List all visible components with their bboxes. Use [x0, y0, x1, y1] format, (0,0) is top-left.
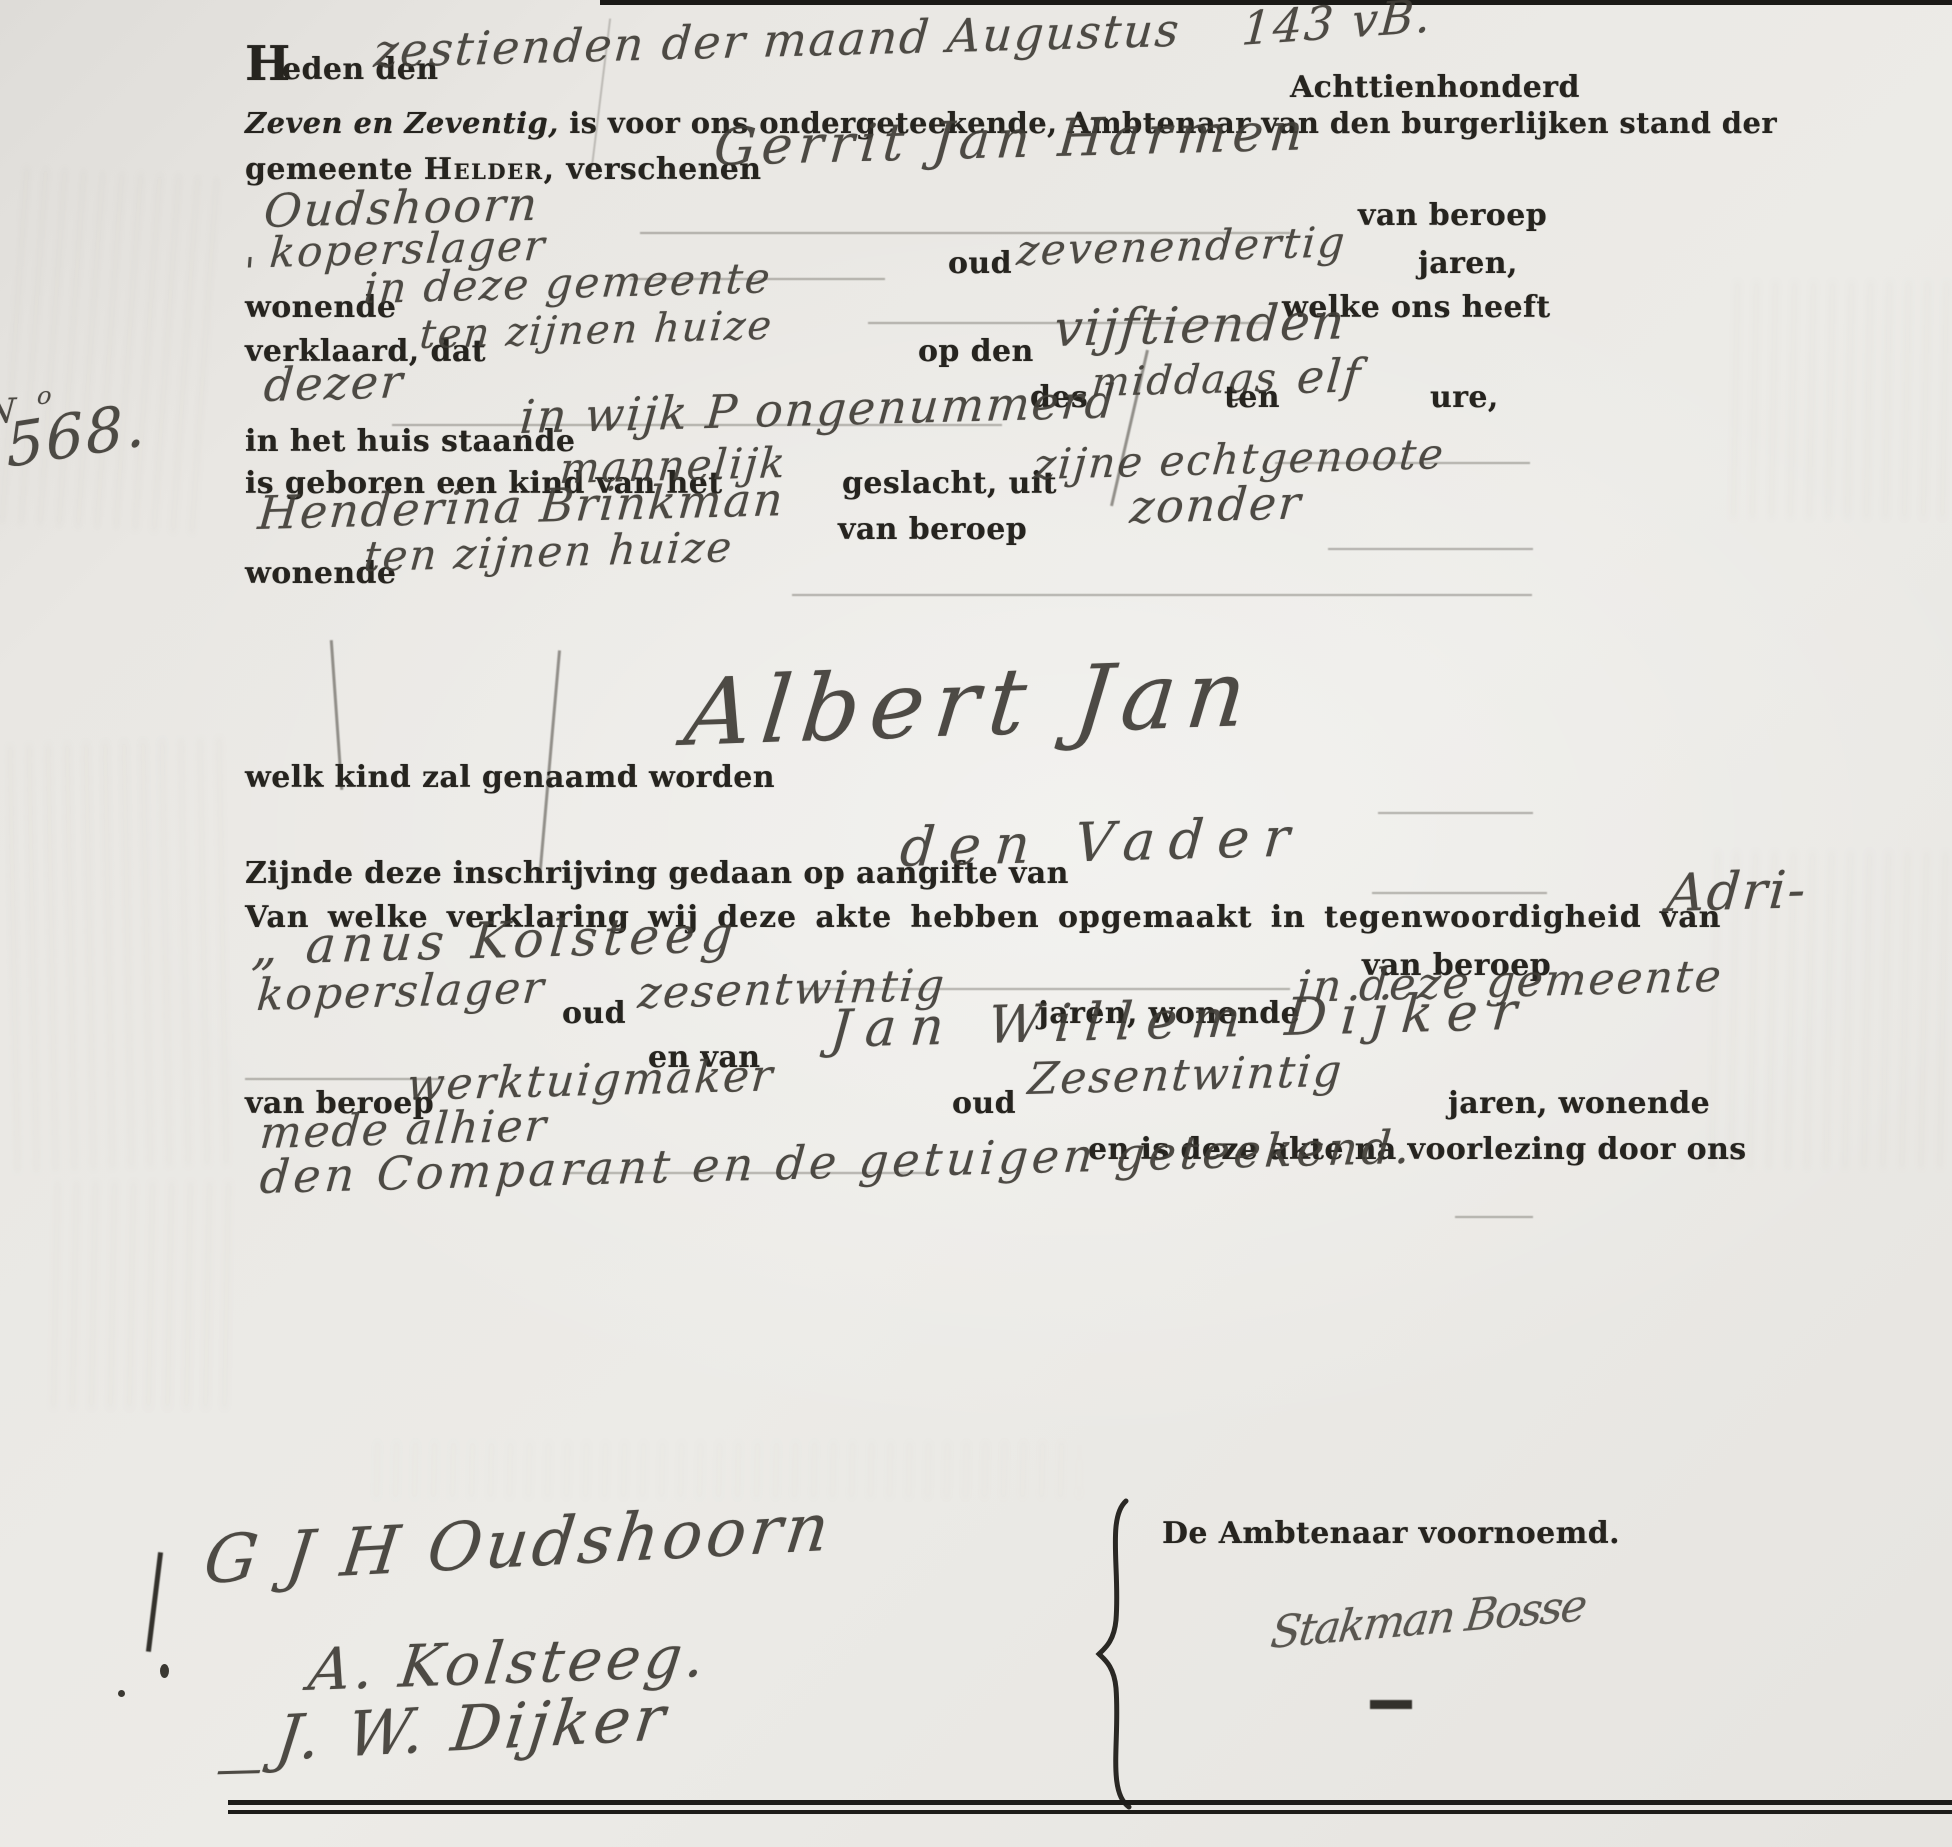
entry-birth-day: vijftienden: [1052, 292, 1348, 358]
printed-ure: ure,: [1430, 380, 1499, 415]
printed-oud-witness2: oud: [952, 1086, 1016, 1121]
entry-witness1-name-start: Adri-: [1665, 860, 1810, 924]
blank-rule: [1372, 892, 1547, 894]
bottom-double-rule: [228, 1800, 1952, 1814]
printed-achttienhonderd: Achttienhonderd: [1290, 70, 1580, 105]
printed-ten: ten: [1224, 380, 1280, 415]
signature-officer-underline: [1370, 1700, 1412, 1709]
blank-rule: [792, 594, 1532, 596]
printed-jaren: jaren,: [1418, 246, 1518, 281]
entry-house-address: in wijk P ongenummerd: [518, 374, 1119, 444]
officer-caption: De Ambtenaar voornoemd.: [1162, 1516, 1620, 1551]
bleedthrough-smudge: [40, 1180, 230, 1410]
entry-date-day-month: zestienden der maand Augustus: [372, 3, 1183, 78]
printed-oud-witness1: oud: [562, 996, 626, 1031]
entry-declarant-age: zevenendertig: [1015, 217, 1348, 275]
printed-oud: oud: [948, 246, 1012, 281]
signature-officer: Stakman Bosse: [1268, 1580, 1588, 1659]
signature-witness2-dash: —: [214, 1741, 266, 1796]
bleedthrough-smudge: [0, 736, 237, 1174]
stray-ink-dot: [160, 1664, 169, 1678]
brace: [1092, 1498, 1138, 1810]
folio-mark: 143 vB.: [1240, 0, 1434, 56]
birth-certificate-scan: 143 vB. N o 568. H eden den zestienden d…: [0, 0, 1952, 1847]
bleedthrough-smudge: [1720, 280, 1950, 520]
blank-rule: [1328, 548, 1533, 550]
printed-jaren-wonende-witness2: jaren, wonende: [1448, 1086, 1710, 1121]
entry-declarant-role: den Vader: [898, 805, 1306, 879]
printed-op-den: op den: [918, 334, 1034, 369]
stray-ink-stroke: [146, 1552, 163, 1652]
entry-mother-residence: ten zijnen huize: [362, 522, 735, 581]
blank-rule: [1378, 812, 1533, 814]
printed-van-beroep-mother: van beroep: [838, 512, 1027, 547]
entry-witness2-age: Zesentwintig: [1026, 1046, 1345, 1105]
stray-ink-dot: [118, 1690, 125, 1697]
blank-rule: [1455, 1216, 1533, 1218]
printed-van-beroep: van beroep: [1358, 198, 1547, 233]
stray-mark: ': [242, 250, 258, 294]
bleedthrough-smudge: [0, 165, 219, 535]
entry-witness1-occupation: koperslager: [255, 962, 547, 1021]
entry-dezer: dezer: [262, 354, 406, 412]
entry-birth-hour: elf: [1295, 348, 1364, 404]
entry-birth-place: ten zijnen huize: [418, 303, 775, 358]
signature-declarant: G J H Oudshoorn: [200, 1489, 837, 1599]
printed-zeven-en-zeventig: Zeven en Zeventig,: [245, 106, 559, 140]
bleedthrough-smudge: [360, 1440, 1080, 1500]
entry-mother-occupation: zonder: [1128, 475, 1304, 534]
entry-child-name: Albert Jan: [680, 640, 1261, 767]
printed-geslacht-uit: geslacht, uit: [842, 466, 1057, 501]
